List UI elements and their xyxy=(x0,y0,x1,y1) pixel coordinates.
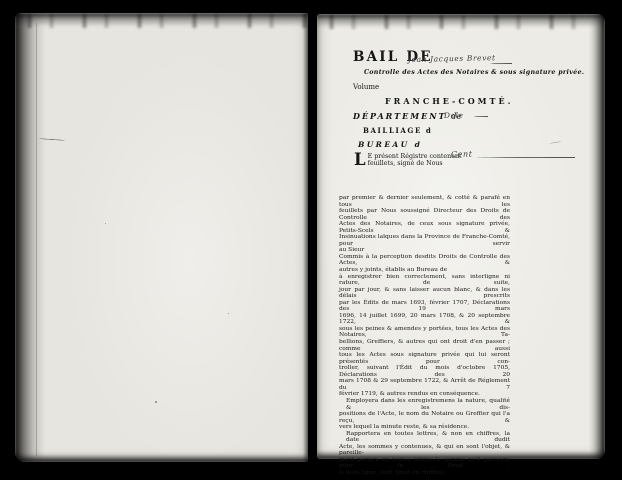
body-text-line: feuillets par Nous soussigné Directeur d… xyxy=(339,208,510,221)
right-page-torn-edge xyxy=(589,14,605,459)
dropcap-L: L xyxy=(354,153,366,167)
body-text-line: sous les peines & amendes y portées, tou… xyxy=(339,326,510,339)
subtitle-controlle: Controlle des Actes des Notaires & sous … xyxy=(364,69,584,76)
body-text-line: Actes des Notaires, de ceux sous signatu… xyxy=(339,221,510,234)
right-page-top-smudge xyxy=(317,14,605,29)
register-line1: E présent Régistre contenant xyxy=(368,153,462,160)
body-text-line: par les Édits de mars 1693, février 1707… xyxy=(339,300,510,313)
body-text-line: Insinuations laïques dans la Province de… xyxy=(339,234,510,247)
body-text-line: Acte, les sommes y contenues, & qui en s… xyxy=(339,444,510,457)
province-title: FRANCHE-COMTÉ. xyxy=(385,96,513,106)
speck-mark xyxy=(228,313,229,314)
pencil-mark xyxy=(549,141,562,144)
departement-dash xyxy=(474,116,488,117)
left-page-torn-edge xyxy=(15,13,45,462)
register-line2: feuillets, signé de Nous xyxy=(368,160,443,167)
body-text-line: Rapportera en toutes lettres, & non en c… xyxy=(339,431,510,444)
left-page-fold-line xyxy=(36,23,37,456)
body-text-line: à enregistrer bien correctement, sans in… xyxy=(339,274,510,287)
right-printed-page: BAIL DE Jean Jacques Brevet Controlle de… xyxy=(317,14,605,459)
body-text-line: troller, suivant l'Édit du mois d'octobr… xyxy=(339,365,510,378)
left-page-top-smudge xyxy=(15,13,308,28)
body-text-line: bellions, Greffiers, & autres qui ont dr… xyxy=(339,339,510,352)
departement-label: DÉPARTEMENT xyxy=(353,111,446,121)
handwriting-flourish xyxy=(490,63,512,64)
body-text: par premier & dernier seulement, & cotté… xyxy=(339,195,510,477)
volume-label: Volume xyxy=(353,83,379,91)
handwritten-folio-count: Cent xyxy=(451,150,473,159)
body-text-line: positions de l'Acte, le nom du Notaire o… xyxy=(339,411,510,424)
bailliage-label: BAILLIAGE d xyxy=(363,126,432,135)
left-blank-page xyxy=(15,13,308,462)
handwritten-lessee-name: Jean Jacques Brevet xyxy=(408,53,496,64)
handwritten-departement-value: Dole xyxy=(444,111,464,120)
body-text-line: par premier & dernier seulement, & cotté… xyxy=(339,195,510,208)
bureau-label: BUREAU d xyxy=(358,140,422,149)
body-text-line: mars 1708 & 29 septembre 1722, & Arrêt d… xyxy=(339,378,510,391)
folio-count-flourish xyxy=(477,157,575,158)
body-text-line: 1696, 14 juillet 1699, 20 mars 1708, & 2… xyxy=(339,313,510,326)
left-page-bottom-edge xyxy=(15,454,308,462)
body-text-line: Employera dans les enregistremens la nat… xyxy=(339,398,510,411)
body-text-line: jour par jour, & sans laisser aucun blan… xyxy=(339,287,510,300)
body-text-line: Commis à la perception desdits Droits de… xyxy=(339,254,510,267)
speck-mark xyxy=(155,401,157,403)
body-text-line: ment portera en toutes lettres la somme … xyxy=(339,457,510,470)
speck-mark xyxy=(105,223,106,224)
book-scan: BAIL DE Jean Jacques Brevet Controlle de… xyxy=(0,0,622,480)
body-text-line: & hors ligne, ledit Droit en chiffres. xyxy=(339,470,510,477)
body-text-line: tous les Actes sous signature privée qui… xyxy=(339,352,510,365)
